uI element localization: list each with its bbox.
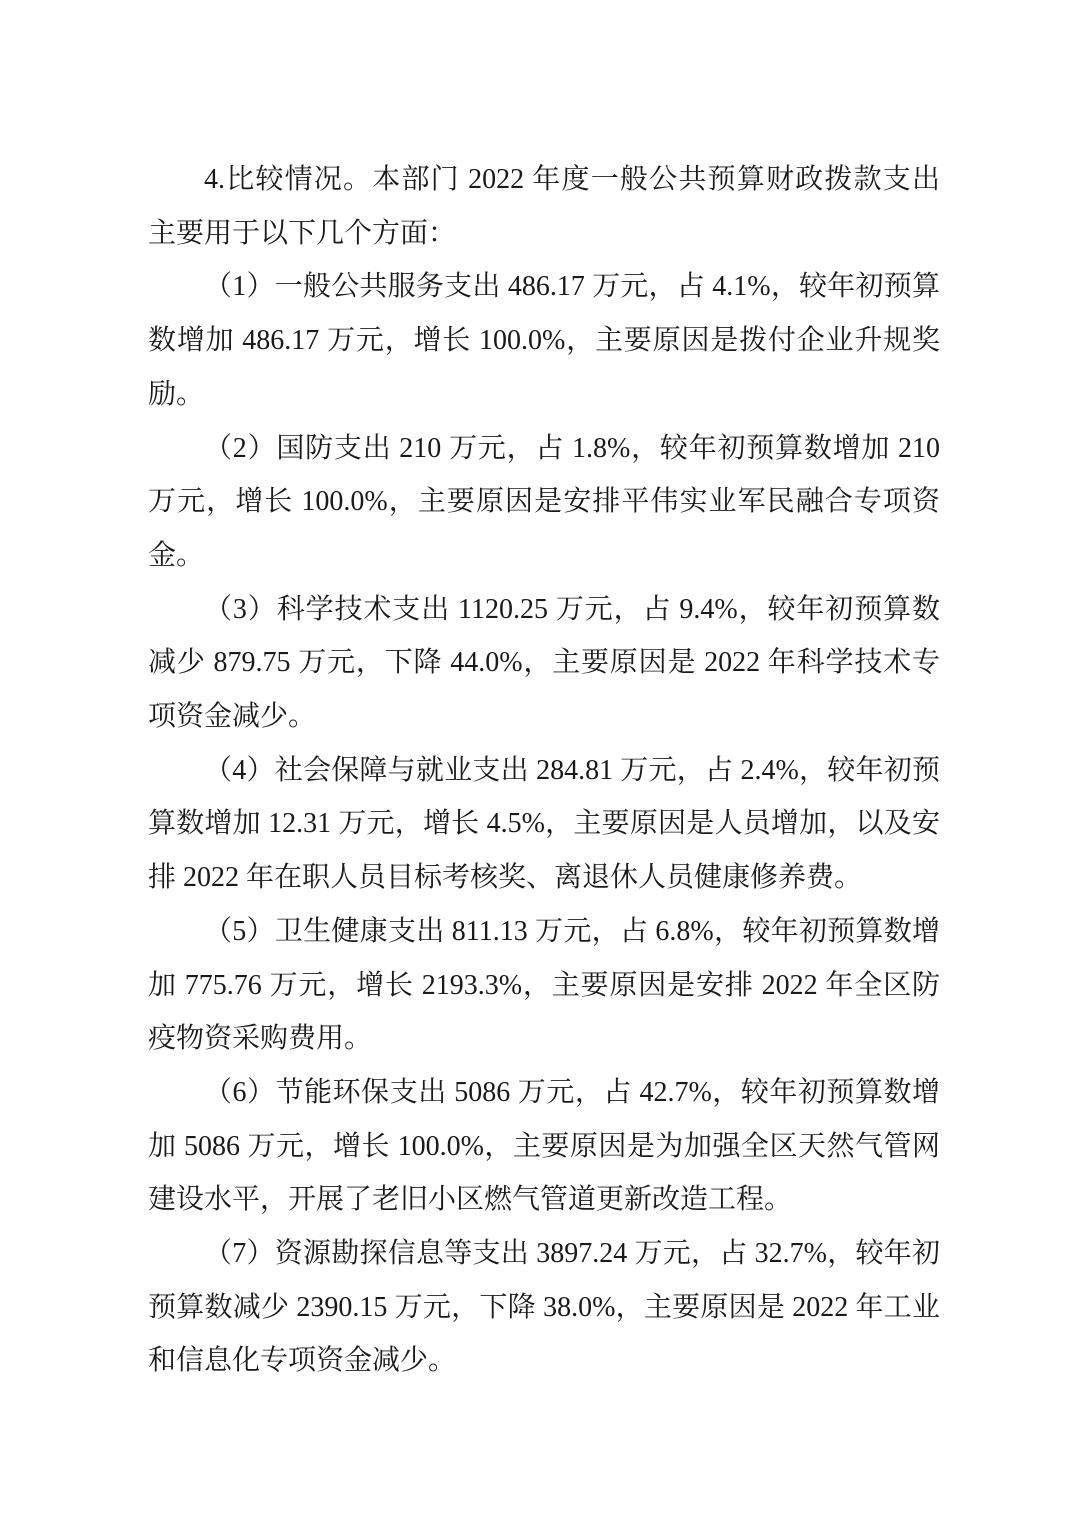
text-line: 励。 (148, 368, 940, 422)
text-line: 预算数减少 2390.15 万元，下降 38.0%，主要原因是 2022 年工业 (148, 1281, 940, 1335)
document-body: 4.比较情况。本部门 2022 年度一般公共预算财政拨款支出主要用于以下几个方面… (148, 153, 940, 1388)
text-line: 主要用于以下几个方面： (148, 207, 940, 261)
text-line: 算数增加 12.31 万元，增长 4.5%，主要原因是人员增加，以及安 (148, 797, 940, 851)
text-line: （3）科学技术支出 1120.25 万元，占 9.4%，较年初预算数 (148, 583, 940, 637)
text-line: 金。 (148, 529, 940, 583)
document-page: 4.比较情况。本部门 2022 年度一般公共预算财政拨款支出主要用于以下几个方面… (0, 0, 1074, 1520)
paragraph: （2）国防支出 210 万元，占 1.8%，较年初预算数增加 210万元，增长 … (148, 422, 940, 583)
paragraph: （5）卫生健康支出 811.13 万元，占 6.8%，较年初预算数增加 775.… (148, 905, 940, 1066)
text-line: （1）一般公共服务支出 486.17 万元，占 4.1%，较年初预算 (148, 260, 940, 314)
text-line: 项资金减少。 (148, 690, 940, 744)
text-line: （5）卫生健康支出 811.13 万元，占 6.8%，较年初预算数增 (148, 905, 940, 959)
text-line: 建设水平，开展了老旧小区燃气管道更新改造工程。 (148, 1173, 940, 1227)
paragraph: （7）资源勘探信息等支出 3897.24 万元，占 32.7%，较年初预算数减少… (148, 1227, 940, 1388)
text-line: 和信息化专项资金减少。 (148, 1334, 940, 1388)
text-line: 加 775.76 万元，增长 2193.3%，主要原因是安排 2022 年全区防 (148, 959, 940, 1013)
text-line: （6）节能环保支出 5086 万元，占 42.7%，较年初预算数增 (148, 1066, 940, 1120)
text-line: （7）资源勘探信息等支出 3897.24 万元，占 32.7%，较年初 (148, 1227, 940, 1281)
text-line: （2）国防支出 210 万元，占 1.8%，较年初预算数增加 210 (148, 422, 940, 476)
text-line: 减少 879.75 万元，下降 44.0%，主要原因是 2022 年科学技术专 (148, 636, 940, 690)
text-line: 加 5086 万元，增长 100.0%，主要原因是为加强全区天然气管网 (148, 1120, 940, 1174)
paragraph: 4.比较情况。本部门 2022 年度一般公共预算财政拨款支出主要用于以下几个方面… (148, 153, 940, 260)
text-line: 数增加 486.17 万元，增长 100.0%，主要原因是拨付企业升规奖 (148, 314, 940, 368)
paragraph: （4）社会保障与就业支出 284.81 万元，占 2.4%，较年初预算数增加 1… (148, 744, 940, 905)
paragraph: （6）节能环保支出 5086 万元，占 42.7%，较年初预算数增加 5086 … (148, 1066, 940, 1227)
paragraph: （3）科学技术支出 1120.25 万元，占 9.4%，较年初预算数减少 879… (148, 583, 940, 744)
text-line: 4.比较情况。本部门 2022 年度一般公共预算财政拨款支出 (148, 153, 940, 207)
paragraph: （1）一般公共服务支出 486.17 万元，占 4.1%，较年初预算数增加 48… (148, 260, 940, 421)
text-line: 疫物资采购费用。 (148, 1012, 940, 1066)
text-line: （4）社会保障与就业支出 284.81 万元，占 2.4%，较年初预 (148, 744, 940, 798)
text-line: 万元，增长 100.0%，主要原因是安排平伟实业军民融合专项资 (148, 475, 940, 529)
text-line: 排 2022 年在职人员目标考核奖、离退休人员健康修养费。 (148, 851, 940, 905)
